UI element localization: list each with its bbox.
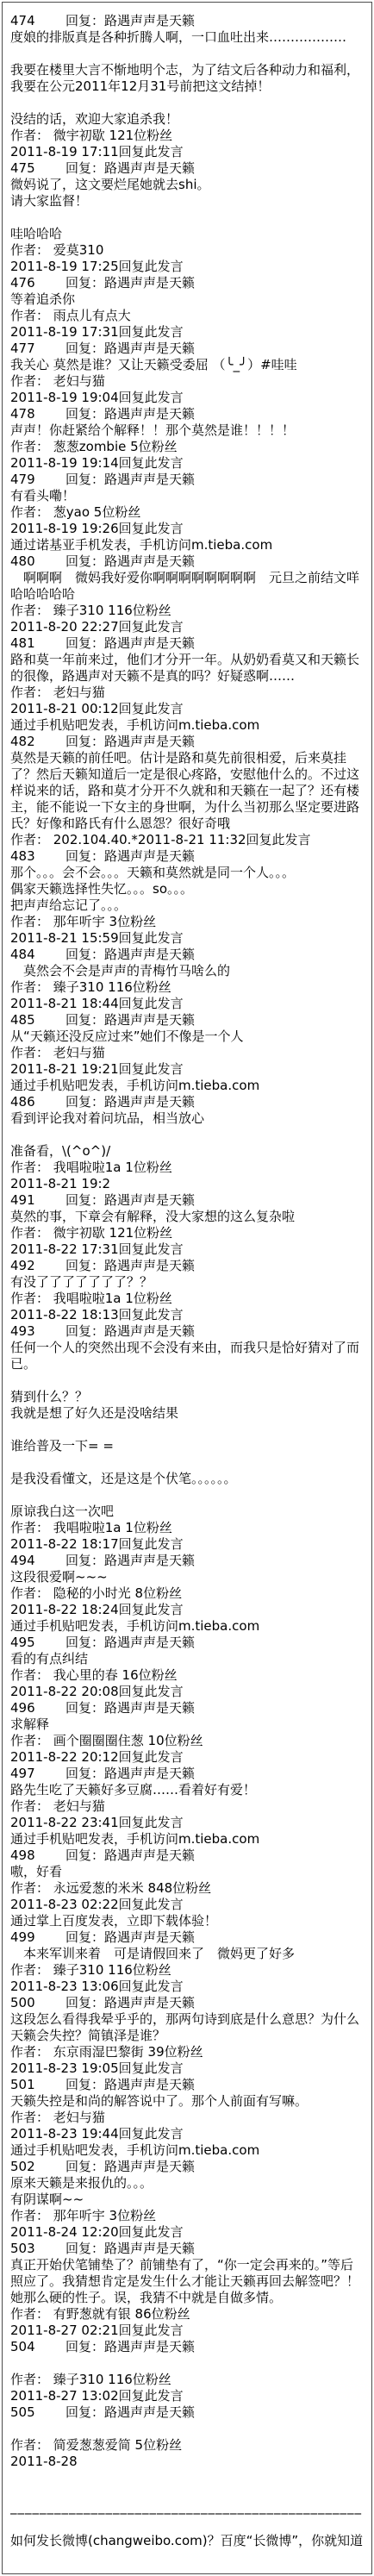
post-header: 501回复：路遇声声是天籁 xyxy=(10,2077,365,2093)
post-via: 通过手机贴吧发表，手机访问m.tieba.com xyxy=(10,2142,365,2159)
post-author: 作者： 那年听宇 3位粉丝 xyxy=(10,914,365,930)
post-reply-title: 回复：路遇声声是天籁 xyxy=(65,1553,195,1568)
post-body-line: 本来军训来着 可是请假回来了 微妈更了好多 xyxy=(10,1946,365,1962)
post: 493回复：路遇声声是天籁 任何一个人的突然出现不会没有来由，而我只是恰好猜对了… xyxy=(10,1323,365,1553)
post-body: 我关心 莫然是谁？又让天籁受委屈 （╰_╯）#哇哇 xyxy=(10,357,365,373)
post-author: 作者： 永远爱葱的米米 848位粉丝 xyxy=(10,1880,365,1897)
post-header: 500回复：路遇声声是天籁 xyxy=(10,1995,365,2011)
post-body-line: 路和莫一年前来过，他们才分开一年。从奶奶看莫又和天籁长的很像，路遇声对天籁不是真… xyxy=(10,652,365,685)
post-author: 作者： 葱葱zombie 5位粉丝 xyxy=(10,439,365,455)
post-body: 真正开始伏笔铺垫了？前铺垫有了，“你一定会再来的。”等后照应了。我猜想肯定是发生… xyxy=(10,2257,365,2306)
post-header: 480回复：路遇声声是天籁 xyxy=(10,553,365,570)
post-body-line: 是我没看懂文，还是这是个伏笔。。。。。。 xyxy=(10,1471,365,1487)
footer-separator: ________________________________________… xyxy=(10,2499,365,2516)
post-author: 作者： 微宇初歇 121位粉丝 xyxy=(10,128,365,144)
post: 502回复：路遇声声是天籁 原来天籁是来报仇的。。。有阴谋啊~~ 作者： 那年听… xyxy=(10,2159,365,2241)
post: 497回复：路遇声声是天籁 路先生吃了天籁好多豆腐……看着好有爱！ 作者： 老妇… xyxy=(10,1766,365,1848)
post-body-line xyxy=(10,1454,365,1471)
post-number: 478 xyxy=(10,406,65,422)
post-number: 484 xyxy=(10,947,65,963)
post-body-line xyxy=(10,1487,365,1504)
post-body-line: 天籁失控是和尚的解答说中了。那个人前面有写嘛。 xyxy=(10,2093,365,2110)
posts: 474回复：路遇声声是天籁 度娘的排版真是各种折腾人啊，一口血吐出来………………… xyxy=(10,13,365,2470)
post-body-line: 谁给普及一下= = xyxy=(10,1438,365,1454)
post-body xyxy=(10,2421,365,2437)
post-number: 483 xyxy=(10,848,65,865)
post-reply-title: 回复：路遇声声是天籁 xyxy=(65,1192,195,1208)
post-author: 作者： 臻子310 116位粉丝 xyxy=(10,603,365,619)
post: 495回复：路遇声声是天籁 看的有点纠结 作者： 我心里的春 16位粉丝 201… xyxy=(10,1635,365,1700)
post-reply-title: 回复：路遇声声是天籁 xyxy=(65,13,195,28)
post-date: 2011-8-21 15:59回复此发言 xyxy=(10,930,365,947)
post-via: 通过手机贴吧发表，手机访问m.tieba.com xyxy=(10,717,365,734)
post-author: 作者： 爱莫310 xyxy=(10,242,365,259)
post-reply-title: 回复：路遇声声是天籁 xyxy=(65,1012,195,1028)
post: 475回复：路遇声声是天籁 微妈说了，这文要烂尾她就去shi。请大家监督！哇哈哈… xyxy=(10,160,365,275)
post-reply-title: 回复：路遇声声是天籁 xyxy=(65,553,195,569)
post-reply-title: 回复：路遇声声是天籁 xyxy=(65,472,195,487)
post-body: 路先生吃了天籁好多豆腐……看着好有爱！ xyxy=(10,1782,365,1798)
post-number: 494 xyxy=(10,1553,65,1569)
post-header: 483回复：路遇声声是天籁 xyxy=(10,848,365,865)
post-number: 485 xyxy=(10,1012,65,1029)
post-number: 481 xyxy=(10,635,65,652)
post-date: 2011-8-21 19:21回复此发言 xyxy=(10,1061,365,1078)
post-number: 486 xyxy=(10,1094,65,1110)
post-author: 作者： 隐秘的小时光 8位粉丝 xyxy=(10,1585,365,1602)
post: 503回复：路遇声声是天籁 真正开始伏笔铺垫了？前铺垫有了，“你一定会再来的。”… xyxy=(10,2241,365,2339)
post-header: 492回复：路遇声声是天籁 xyxy=(10,1258,365,1274)
post-body-line: 我关心 莫然是谁？又让天籁受委屈 （╰_╯）#哇哇 xyxy=(10,357,365,373)
post-body-line: 有没了了了了了了了？？ xyxy=(10,1274,365,1291)
post-reply-title: 回复：路遇声声是天籁 xyxy=(65,160,195,176)
post: 501回复：路遇声声是天籁 天籁失控是和尚的解答说中了。那个人前面有写嘛。 作者… xyxy=(10,2077,365,2159)
post-author: 作者： 我唱啦啦1a 1位粉丝 xyxy=(10,1160,365,1176)
post-body-line: 这段怎么看得我晕乎乎的，那两句诗到底是什么意思？为什么天籁会失控？简镇泽是谁？ xyxy=(10,2011,365,2044)
long-weibo-page: 474回复：路遇声声是天籁 度娘的排版真是各种折腾人啊，一口血吐出来………………… xyxy=(2,2,372,2574)
post-body-line: 那个。。。会不会。。。天籁和莫然就是同一个人。。。 xyxy=(10,865,365,881)
post-date: 2011-8-19 19:04回复此发言 xyxy=(10,390,365,406)
post-number: 474 xyxy=(10,13,65,29)
post-header: 497回复：路遇声声是天籁 xyxy=(10,1766,365,1782)
post-header: 478回复：路遇声声是天籁 xyxy=(10,406,365,422)
post-date: 2011-8-19 19:14回复此发言 xyxy=(10,455,365,472)
post-body-line: 我要在楼里大言不惭地明个志，为了结文后各种动力和福利，我要在公元2011年12月… xyxy=(10,62,365,95)
post-reply-title: 回复：路遇声声是天籁 xyxy=(65,1635,195,1650)
post-body: 度娘的排版真是各种折腾人啊，一口血吐出来………………我要在楼里大言不惭地明个志，… xyxy=(10,29,365,128)
post: 478回复：路遇声声是天籁 声声！你赶紧给个解释！！那个莫然是谁！！！！ 作者：… xyxy=(10,406,365,472)
post-header: 475回复：路遇声声是天籁 xyxy=(10,160,365,177)
post-body-line: 我就是想了好久还是没啥结果 xyxy=(10,1405,365,1422)
post-author: 作者： 老妇与猫 xyxy=(10,373,365,390)
post-body-line xyxy=(10,2355,365,2372)
post-reply-title: 回复：路遇声声是天籁 xyxy=(65,1094,195,1110)
post-body: 声声！你赶紧给个解释！！那个莫然是谁！！！！ xyxy=(10,422,365,439)
post-number: 499 xyxy=(10,1929,65,1946)
post-author: 作者： 臻子310 116位粉丝 xyxy=(10,979,365,996)
post-author: 作者： 微宇初歇 121位粉丝 xyxy=(10,1225,365,1241)
post-reply-title: 回复：路遇声声是天籁 xyxy=(65,947,195,962)
post-date: 2011-8-19 19:26回复此发言 xyxy=(10,521,365,537)
post-body: 那个。。。会不会。。。天籁和莫然就是同一个人。。。偶家天籁选择性失忆。。。so。… xyxy=(10,865,365,914)
post-author: 作者： 简爱葱葱爱简 5位粉丝 xyxy=(10,2437,365,2454)
post-header: 474回复：路遇声声是天籁 xyxy=(10,13,365,29)
post-body-line: 真正开始伏笔铺垫了？前铺垫有了，“你一定会再来的。”等后照应了。我猜想肯定是发生… xyxy=(10,2257,365,2306)
post-number: 493 xyxy=(10,1323,65,1340)
post-author: 作者： 我唱啦啦1a 1位粉丝 xyxy=(10,1291,365,1307)
post: 479回复：路遇声声是天籁 有看头嘞！ 作者： 葱yao 5位粉丝 2011-8… xyxy=(10,472,365,553)
post-number: 496 xyxy=(10,1700,65,1716)
post-body-line: 度娘的排版真是各种折腾人啊，一口血吐出来……………… xyxy=(10,29,365,46)
post-author: 作者： 画个圈圈圈住葱 10位粉丝 xyxy=(10,1733,365,1749)
post-header: 499回复：路遇声声是天籁 xyxy=(10,1929,365,1946)
post-body-line: 猜到什么？？ xyxy=(10,1389,365,1405)
post: 486回复：路遇声声是天籁 看到评论我对着问坑品，相当放心准备看，\(^o^)/… xyxy=(10,1094,365,1192)
post-header: 476回复：路遇声声是天籁 xyxy=(10,275,365,291)
post-header: 484回复：路遇声声是天籁 xyxy=(10,947,365,963)
post-reply-title: 回复：路遇声声是天籁 xyxy=(65,1766,195,1781)
post-body: 路和莫一年前来过，他们才分开一年。从奶奶看莫又和天籁长的很像，路遇声对天籁不是真… xyxy=(10,652,365,685)
post-number: 476 xyxy=(10,275,65,291)
post-body-line: 哇哈哈哈 xyxy=(10,226,365,242)
post-author: 作者： 我心里的春 16位粉丝 xyxy=(10,1667,365,1684)
post-body-line: 任何一个人的突然出现不会没有来由，而我只是恰好猜对了而已。 xyxy=(10,1340,365,1372)
post-number: 495 xyxy=(10,1635,65,1651)
post-header: 479回复：路遇声声是天籁 xyxy=(10,472,365,488)
post: 481回复：路遇声声是天籁 路和莫一年前来过，他们才分开一年。从奶奶看莫又和天籁… xyxy=(10,635,365,734)
post-header: 498回复：路遇声声是天籁 xyxy=(10,1848,365,1864)
post-header: 482回复：路遇声声是天籁 xyxy=(10,734,365,750)
post-date: 2011-8-22 17:31回复此发言 xyxy=(10,1241,365,1258)
post: 491回复：路遇声声是天籁 莫然的事，下章会有解释，没大家想的这么复杂啦 作者：… xyxy=(10,1192,365,1258)
post: 496回复：路遇声声是天籁 求解释 作者： 画个圈圈圈住葱 10位粉丝 2011… xyxy=(10,1700,365,1766)
post-reply-title: 回复：路遇声声是天籁 xyxy=(65,2404,195,2420)
post-via: 通过诺基亚手机发表，手机访问m.tieba.com xyxy=(10,537,365,553)
post-reply-title: 回复：路遇声声是天籁 xyxy=(65,275,195,291)
post-body: 从“天籁还没反应过来”她们不像是一个人 xyxy=(10,1029,365,1045)
post-header: 485回复：路遇声声是天籁 xyxy=(10,1012,365,1029)
post-reply-title: 回复：路遇声声是天籁 xyxy=(65,635,195,651)
post-number: 502 xyxy=(10,2159,65,2175)
post: 480回复：路遇声声是天籁 啊啊啊 微妈我好爱你啊啊啊啊啊啊啊啊 元旦之前结文咩… xyxy=(10,553,365,635)
post-body-line: 原谅我白这一次吧 xyxy=(10,1504,365,1520)
post-author: 作者： 东京雨湿巴黎街 39位粉丝 xyxy=(10,2044,365,2060)
post-date: 2011-8-23 19:44回复此发言 xyxy=(10,2126,365,2142)
post-reply-title: 回复：路遇声声是天籁 xyxy=(65,2339,195,2354)
post-body: 莫然是天籁的前任吧。估计是路和莫先前很相爱，后来莫挂了？然后天籁知道后一定是很心… xyxy=(10,750,365,832)
post-body-line xyxy=(10,1127,365,1143)
post-reply-title: 回复：路遇声声是天籁 xyxy=(65,734,195,749)
post-number: 482 xyxy=(10,734,65,750)
post-header: 493回复：路遇声声是天籁 xyxy=(10,1323,365,1340)
post: 484回复：路遇声声是天籁 莫然会不会是声声的青梅竹马啥么的 作者： 臻子310… xyxy=(10,947,365,1012)
post-body: 莫然会不会是声声的青梅竹马啥么的 xyxy=(10,963,365,979)
post-number: 498 xyxy=(10,1848,65,1864)
post-header: 495回复：路遇声声是天籁 xyxy=(10,1635,365,1651)
post-body-line: 微妈说了，这文要烂尾她就去shi。 xyxy=(10,177,365,193)
post-body-line: 等着追杀你 xyxy=(10,291,365,308)
post-date: 2011-8-22 20:12回复此发言 xyxy=(10,1749,365,1766)
post-body-line: 啊啊啊 微妈我好爱你啊啊啊啊啊啊啊啊 元旦之前结文咩哈哈哈哈哈 xyxy=(10,570,365,603)
post-body: 看的有点纠结 xyxy=(10,1651,365,1667)
post-body-line: 从“天籁还没反应过来”她们不像是一个人 xyxy=(10,1029,365,1045)
post-number: 500 xyxy=(10,1995,65,2011)
post-author: 作者： 老妇与猫 xyxy=(10,1045,365,1061)
post-body xyxy=(10,2355,365,2372)
post-via: 通过手机贴吧发表，手机访问m.tieba.com xyxy=(10,1078,365,1094)
post: 474回复：路遇声声是天籁 度娘的排版真是各种折腾人啊，一口血吐出来………………… xyxy=(10,13,365,160)
post-date: 2011-8-19 17:11回复此发言 xyxy=(10,144,365,160)
post-author: 作者： 有野葱就有银 86位粉丝 xyxy=(10,2306,365,2323)
post-author: 作者： 老妇与猫 xyxy=(10,685,365,701)
post-body-line: 求解释 xyxy=(10,1716,365,1733)
post-reply-title: 回复：路遇声声是天籁 xyxy=(65,2241,195,2256)
post-date: 2011-8-27 13:02回复此发言 xyxy=(10,2388,365,2404)
post-number: 497 xyxy=(10,1766,65,1782)
post-body-line: 有看头嘞！ xyxy=(10,488,365,504)
post-body: 看到评论我对着问坑品，相当放心准备看，\(^o^)/ xyxy=(10,1110,365,1160)
post-reply-title: 回复：路遇声声是天籁 xyxy=(65,406,195,422)
post-body-line xyxy=(10,1372,365,1389)
post-author: 作者： 雨点儿有点大 xyxy=(10,308,365,324)
post-body: 微妈说了，这文要烂尾她就去shi。请大家监督！哇哈哈哈 xyxy=(10,177,365,242)
post-reply-title: 回复：路遇声声是天籁 xyxy=(65,341,195,356)
post-author: 作者： 老妇与猫 xyxy=(10,2110,365,2126)
post-date: 2011-8-22 20:08回复此发言 xyxy=(10,1684,365,1700)
post-reply-title: 回复：路遇声声是天籁 xyxy=(65,2077,195,2092)
post-date: 2011-8-22 23:41回复此发言 xyxy=(10,1815,365,1831)
post-header: 503回复：路遇声声是天籁 xyxy=(10,2241,365,2257)
post-date: 2011-8-21 19:2 xyxy=(10,1176,365,1192)
post-number: 491 xyxy=(10,1192,65,1209)
post-number: 479 xyxy=(10,472,65,488)
post-body: 这段很爱啊~~~ xyxy=(10,1569,365,1585)
post: 477回复：路遇声声是天籁 我关心 莫然是谁？又让天籁受委屈 （╰_╯）#哇哇 … xyxy=(10,341,365,406)
post-date: 2011-8-20 22:27回复此发言 xyxy=(10,619,365,635)
post-body-line: 有阴谋啊~~ xyxy=(10,2191,365,2208)
post-date: 2011-8-22 18:24回复此发言 xyxy=(10,1602,365,1618)
post-number: 501 xyxy=(10,2077,65,2093)
post-body-line: 声声！你赶紧给个解释！！那个莫然是谁！！！！ xyxy=(10,422,365,439)
post-date: 2011-8-23 13:06回复此发言 xyxy=(10,1979,365,1995)
post-body-line xyxy=(10,46,365,62)
post-number: 475 xyxy=(10,160,65,177)
post-date: 2011-8-24 12:20回复此发言 xyxy=(10,2224,365,2241)
post-body: 任何一个人的突然出现不会没有来由，而我只是恰好猜对了而已。猜到什么？？我就是想了… xyxy=(10,1340,365,1520)
post-via: 通过手机贴吧发表，手机访问m.tieba.com xyxy=(10,1831,365,1848)
post-body-line: 看的有点纠结 xyxy=(10,1651,365,1667)
post-header: 504回复：路遇声声是天籁 xyxy=(10,2339,365,2355)
post-date: 2011-8-22 18:17回复此发言 xyxy=(10,1536,365,1553)
post-date: 2011-8-22 18:13回复此发言 xyxy=(10,1307,365,1323)
post-body-line: 莫然的事，下章会有解释，没大家想的这么复杂啦 xyxy=(10,1209,365,1225)
post-body-line: 这段很爱啊~~~ xyxy=(10,1569,365,1585)
post-body-line: 把声声给忘记了。。。 xyxy=(10,897,365,914)
post-reply-title: 回复：路遇声声是天籁 xyxy=(65,848,195,864)
post-body-line: 没结的话，欢迎大家追杀我！ xyxy=(10,111,365,128)
post-author: 作者： 臻子310 116位粉丝 xyxy=(10,1962,365,1979)
post: 505回复：路遇声声是天籁 作者： 简爱葱葱爱简 5位粉丝 2011-8-28 xyxy=(10,2404,365,2470)
post-body-line: 看到评论我对着问坑品，相当放心 xyxy=(10,1110,365,1127)
post-author: 作者： 臻子310 116位粉丝 xyxy=(10,2372,365,2388)
post-body: 有看头嘞！ xyxy=(10,488,365,504)
post-via: 通过手机贴吧发表，手机访问m.tieba.com xyxy=(10,1618,365,1635)
post-date: 2011-8-27 02:21回复此发言 xyxy=(10,2323,365,2339)
post-date: 2011-8-19 17:31回复此发言 xyxy=(10,324,365,341)
post-author: 作者： 老妇与猫 xyxy=(10,1798,365,1815)
post-date: 2011-8-23 19:05回复此发言 xyxy=(10,2060,365,2077)
post-author: 作者： 我唱啦啦1a 1位粉丝 xyxy=(10,1520,365,1536)
post: 504回复：路遇声声是天籁 作者： 臻子310 116位粉丝 2011-8-27… xyxy=(10,2339,365,2404)
post: 499回复：路遇声声是天籁 本来军训来着 可是请假回来了 微妈更了好多 作者： … xyxy=(10,1929,365,1995)
post-reply-title: 回复：路遇声声是天籁 xyxy=(65,1929,195,1945)
post-date: 2011-8-21 00:12回复此发言 xyxy=(10,701,365,717)
post-header: 491回复：路遇声声是天籁 xyxy=(10,1192,365,1209)
post-body-line: 莫然是天籁的前任吧。估计是路和莫先前很相爱，后来莫挂了？然后天籁知道后一定是很心… xyxy=(10,750,365,832)
post-body: 嗷，好看 xyxy=(10,1864,365,1880)
post-reply-title: 回复：路遇声声是天籁 xyxy=(65,1258,195,1273)
post-number: 477 xyxy=(10,341,65,357)
post-author: 作者： 葱yao 5位粉丝 xyxy=(10,504,365,521)
post-number: 492 xyxy=(10,1258,65,1274)
post-number: 504 xyxy=(10,2339,65,2355)
post-body: 这段怎么看得我晕乎乎的，那两句诗到底是什么意思？为什么天籁会失控？简镇泽是谁？ xyxy=(10,2011,365,2044)
post-body-line: 原来天籁是来报仇的。。。 xyxy=(10,2175,365,2191)
post: 494回复：路遇声声是天籁 这段很爱啊~~~ 作者： 隐秘的小时光 8位粉丝 2… xyxy=(10,1553,365,1635)
post-reply-title: 回复：路遇声声是天籁 xyxy=(65,2159,195,2174)
post-author: 作者： 202.104.40.*2011-8-21 11:32回复此发言 xyxy=(10,832,365,848)
post-reply-title: 回复：路遇声声是天籁 xyxy=(65,1323,195,1339)
post-body: 莫然的事，下章会有解释，没大家想的这么复杂啦 xyxy=(10,1209,365,1225)
post-body-line: 请大家监督！ xyxy=(10,193,365,209)
post-via: 通过掌上百度发表，立即下载体验！ xyxy=(10,1913,365,1929)
post-header: 494回复：路遇声声是天籁 xyxy=(10,1553,365,1569)
post-reply-title: 回复：路遇声声是天籁 xyxy=(65,1995,195,2010)
post-reply-title: 回复：路遇声声是天籁 xyxy=(65,1848,195,1863)
post-body-line xyxy=(10,1422,365,1438)
post-date: 2011-8-23 02:22回复此发言 xyxy=(10,1897,365,1913)
post: 482回复：路遇声声是天籁 莫然是天籁的前任吧。估计是路和莫先前很相爱，后来莫挂… xyxy=(10,734,365,848)
post: 492回复：路遇声声是天籁 有没了了了了了了了？？ 作者： 我唱啦啦1a 1位粉… xyxy=(10,1258,365,1323)
post-header: 505回复：路遇声声是天籁 xyxy=(10,2404,365,2421)
post-body: 求解释 xyxy=(10,1716,365,1733)
post-body-line: 嗷，好看 xyxy=(10,1864,365,1880)
post-number: 505 xyxy=(10,2404,65,2421)
post-date: 2011-8-28 xyxy=(10,2454,365,2470)
post-date: 2011-8-19 17:25回复此发言 xyxy=(10,259,365,275)
post-body: 啊啊啊 微妈我好爱你啊啊啊啊啊啊啊啊 元旦之前结文咩哈哈哈哈哈 xyxy=(10,570,365,603)
changweibo-footer: 如何发长微博(changweibo.com)？百度“长微博”，你就知道 xyxy=(10,2533,365,2549)
post: 498回复：路遇声声是天籁 嗷，好看 作者： 永远爱葱的米米 848位粉丝 20… xyxy=(10,1848,365,1929)
post-body: 天籁失控是和尚的解答说中了。那个人前面有写嘛。 xyxy=(10,2093,365,2110)
post-body: 本来军训来着 可是请假回来了 微妈更了好多 xyxy=(10,1946,365,1962)
post-number: 480 xyxy=(10,553,65,570)
post-body-line: 路先生吃了天籁好多豆腐……看着好有爱！ xyxy=(10,1782,365,1798)
post-header: 477回复：路遇声声是天籁 xyxy=(10,341,365,357)
post-header: 481回复：路遇声声是天籁 xyxy=(10,635,365,652)
post-header: 496回复：路遇声声是天籁 xyxy=(10,1700,365,1716)
post-body-line xyxy=(10,2421,365,2437)
post-header: 486回复：路遇声声是天籁 xyxy=(10,1094,365,1110)
post-author: 作者： 那年听宇 3位粉丝 xyxy=(10,2208,365,2224)
post: 476回复：路遇声声是天籁 等着追杀你 作者： 雨点儿有点大 2011-8-19… xyxy=(10,275,365,341)
post: 500回复：路遇声声是天籁 这段怎么看得我晕乎乎的，那两句诗到底是什么意思？为什… xyxy=(10,1995,365,2077)
post-body-line xyxy=(10,95,365,111)
post: 485回复：路遇声声是天籁 从“天籁还没反应过来”她们不像是一个人 作者： 老妇… xyxy=(10,1012,365,1094)
post-reply-title: 回复：路遇声声是天籁 xyxy=(65,1700,195,1716)
post-body-line: 莫然会不会是声声的青梅竹马啥么的 xyxy=(10,963,365,979)
post-date: 2011-8-21 18:44回复此发言 xyxy=(10,996,365,1012)
post-body: 原来天籁是来报仇的。。。有阴谋啊~~ xyxy=(10,2175,365,2208)
post-number: 503 xyxy=(10,2241,65,2257)
post: 483回复：路遇声声是天籁 那个。。。会不会。。。天籁和莫然就是同一个人。。。偶… xyxy=(10,848,365,947)
post-body-line: 偶家天籁选择性失忆。。。so。。。 xyxy=(10,881,365,897)
post-body-line: 准备看，\(^o^)/ xyxy=(10,1143,365,1160)
post-body: 等着追杀你 xyxy=(10,291,365,308)
post-body: 有没了了了了了了了？？ xyxy=(10,1274,365,1291)
post-header: 502回复：路遇声声是天籁 xyxy=(10,2159,365,2175)
post-body-line xyxy=(10,209,365,226)
